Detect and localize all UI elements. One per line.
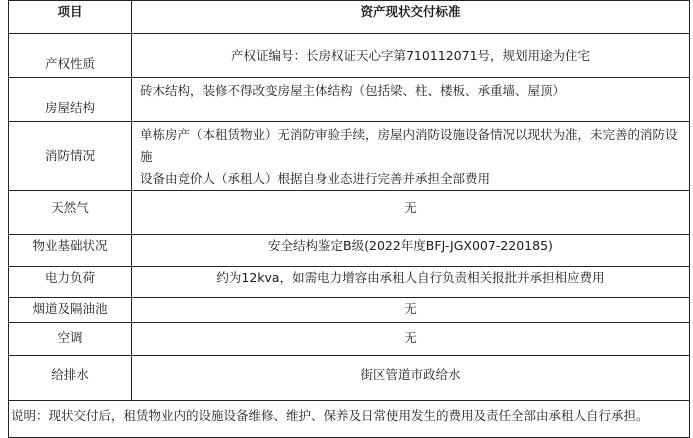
table-row: 消防情况 单栋房产（本租赁物业）无消防审验手续，房屋内消防设施设备情况以现状为准… — [9, 122, 690, 191]
table-row: 电力负荷 约为12kva，如需电力增容由承租人自行负责相关报批并承担相应费用 — [9, 267, 690, 298]
row-item-power: 电力负荷 — [9, 267, 132, 298]
header-standard: 资产现状交付标准 — [132, 1, 690, 34]
table-row: 产权性质 产权证编号：长房权证天心字第710112071号，规划用途为住宅 — [9, 34, 690, 78]
row-standard-fire: 单栋房产（本租赁物业）无消防审验手续，房屋内消防设施设备情况以现状为准，未完善的… — [132, 122, 690, 191]
row-item-fire: 消防情况 — [9, 122, 132, 191]
table-row: 烟道及隔油池 无 — [9, 298, 690, 323]
table-row: 天然气 无 — [9, 191, 690, 235]
row-standard-ac: 无 — [132, 323, 690, 356]
row-item-structure: 房屋结构 — [9, 78, 132, 122]
fire-standard-line1: 单栋房产（本租赁物业）无消防审验手续，房屋内消防设施设备情况以现状为准，未完善的… — [140, 124, 689, 168]
row-item-gas: 天然气 — [9, 191, 132, 235]
row-item-water: 给排水 — [9, 356, 132, 401]
table-row: 房屋结构 砖木结构，装修不得改变房屋主体结构（包括梁、柱、楼板、承重墙、屋顶） — [9, 78, 690, 122]
row-item-flue: 烟道及隔油池 — [9, 298, 132, 323]
fire-standard-line2: 设备由竞价人（承租人）根据自身业态进行完善并承担全部费用 — [140, 168, 689, 190]
row-standard-property-rights: 产权证编号：长房权证天心字第710112071号，规划用途为住宅 — [132, 34, 690, 78]
row-standard-power: 约为12kva，如需电力增容由承租人自行负责相关报批并承担相应费用 — [132, 267, 690, 298]
row-item-property-rights: 产权性质 — [9, 34, 132, 78]
row-item-property-basic: 物业基础状况 — [9, 235, 132, 267]
asset-delivery-standard-table: 项目 资产现状交付标准 产权性质 产权证编号：长房权证天心字第710112071… — [8, 0, 690, 423]
table-header-row: 项目 资产现状交付标准 — [9, 1, 690, 34]
header-item: 项目 — [9, 1, 132, 34]
table-note-row: 说明：现状交付后，租赁物业内的设施设备维修、维护、保养及日常使用发生的费用及责任… — [9, 401, 690, 424]
row-standard-flue: 无 — [132, 298, 690, 323]
row-standard-property-basic: 安全结构鉴定B级(2022年度BFJ-JGX007-220185) — [132, 235, 690, 267]
table-row: 空调 无 — [9, 323, 690, 356]
table-note: 说明：现状交付后，租赁物业内的设施设备维修、维护、保养及日常使用发生的费用及责任… — [9, 401, 690, 424]
row-standard-structure: 砖木结构，装修不得改变房屋主体结构（包括梁、柱、楼板、承重墙、屋顶） — [132, 78, 690, 122]
table-row: 物业基础状况 安全结构鉴定B级(2022年度BFJ-JGX007-220185) — [9, 235, 690, 267]
row-standard-gas: 无 — [132, 191, 690, 235]
row-standard-water: 街区管道市政给水 — [132, 356, 690, 401]
row-item-ac: 空调 — [9, 323, 132, 356]
table-row: 给排水 街区管道市政给水 — [9, 356, 690, 401]
